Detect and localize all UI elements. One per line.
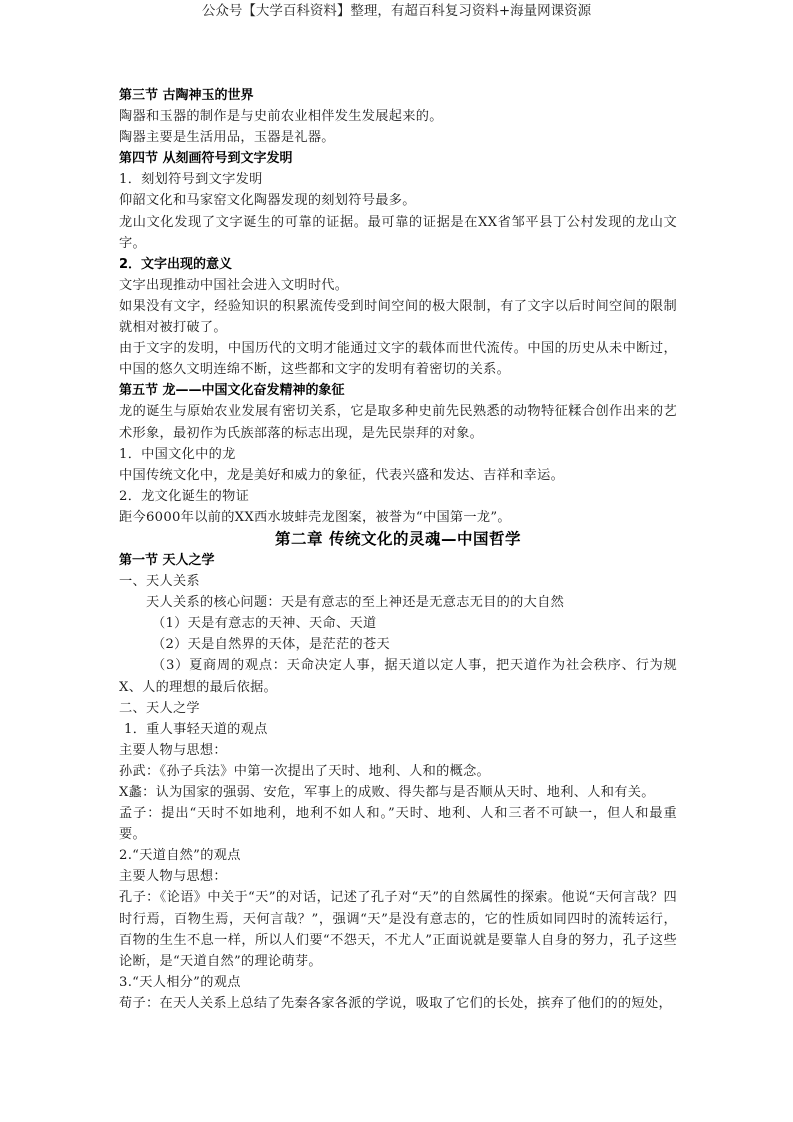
label: 主要人物与思想： bbox=[119, 866, 677, 887]
chapter-heading: 第二章 传统文化的灵魂—中国哲学 bbox=[119, 528, 677, 550]
list-item-heading: 3.“天人相分”的观点 bbox=[119, 972, 677, 993]
part-heading: 一、天人关系 bbox=[119, 571, 677, 592]
list-item-heading: 1．刻划符号到文字发明 bbox=[119, 169, 677, 190]
section-heading: 第三节 古陶神玉的世界 bbox=[119, 85, 677, 106]
paragraph: 如果没有文字，经验知识的积累流传受到时间空间的极大限制，有了文字以后时间空间的限… bbox=[119, 296, 677, 338]
list-item: （1）天是有意志的天神、天命、天道 bbox=[119, 613, 677, 634]
subsection-heading: 2．文字出现的意义 bbox=[119, 254, 677, 275]
paragraph: 仰韶文化和马家窑文化陶器发现的刻划符号最多。 bbox=[119, 190, 677, 211]
section-heading: 第五节 龙——中国文化奋发精神的象征 bbox=[119, 380, 677, 401]
paragraph: 天人关系的核心问题：天是有意志的至上神还是无意志无目的的大自然 bbox=[119, 592, 677, 613]
paragraph: 孟子：提出“天时不如地利，地利不如人和。”天时、地利、人和三者不可缺一，但人和最… bbox=[119, 803, 677, 845]
list-item-heading: 2.“天道自然”的观点 bbox=[119, 845, 677, 866]
label: 主要人物与思想： bbox=[119, 740, 677, 761]
document-body: 第三节 古陶神玉的世界 陶器和玉器的制作是与史前农业相伴发生发展起来的。 陶器主… bbox=[119, 85, 677, 1014]
paragraph: 孙武：《孙子兵法》中第一次提出了天时、地利、人和的概念。 bbox=[119, 761, 677, 782]
paragraph: 孔子：《论语》中关于“天”的对话，记述了孔子对“天”的自然属性的探索。他说“天何… bbox=[119, 887, 677, 971]
section-heading: 第一节 天人之学 bbox=[119, 550, 677, 571]
list-item-heading: 1．重人事轻天道的观点 bbox=[119, 719, 677, 740]
list-item: （2）天是自然界的天体，是茫茫的苍天 bbox=[119, 634, 677, 655]
paragraph: X蠡：认为国家的强弱、安危，军事上的成败、得失都与是否顺从天时、地利、人和有关。 bbox=[119, 782, 677, 803]
paragraph: 距今6000年以前的XX西水坡蚌壳龙图案，被誉为“中国第一龙”。 bbox=[119, 507, 677, 528]
paragraph: 由于文字的发明，中国历代的文明才能通过文字的载体而世代流传。中国的历史从未中断过… bbox=[119, 338, 677, 380]
paragraph: 文字出现推动中国社会进入文明时代。 bbox=[119, 275, 677, 296]
list-item-heading: 1．中国文化中的龙 bbox=[119, 444, 677, 465]
paragraph: 龙山文化发现了文字诞生的可靠的证据。最可靠的证据是在XX省邹平县丁公村发现的龙山… bbox=[119, 212, 677, 254]
paragraph: 陶器主要是生活用品，玉器是礼器。 bbox=[119, 127, 677, 148]
section-heading: 第四节 从刻画符号到文字发明 bbox=[119, 148, 677, 169]
paragraph: 中国传统文化中，龙是美好和威力的象征，代表兴盛和发达、吉祥和幸运。 bbox=[119, 465, 677, 486]
part-heading: 二、天人之学 bbox=[119, 698, 677, 719]
list-item-heading: 2．龙文化诞生的物证 bbox=[119, 486, 677, 507]
paragraph: 陶器和玉器的制作是与史前农业相伴发生发展起来的。 bbox=[119, 106, 677, 127]
paragraph: 荀子：在天人关系上总结了先秦各家各派的学说，吸取了它们的长处，摈弃了他们的的短处… bbox=[119, 993, 677, 1014]
list-item: （3）夏商周的观点：天命决定人事，据天道以定人事，把天道作为社会秩序、行为规X、… bbox=[119, 655, 677, 697]
page-header-watermark: 公众号【大学百科资料】整理，有超百科复习资料+海量网课资源 bbox=[0, 2, 793, 20]
paragraph: 龙的诞生与原始农业发展有密切关系，它是取多种史前先民熟悉的动物特征糅合创作出来的… bbox=[119, 401, 677, 443]
